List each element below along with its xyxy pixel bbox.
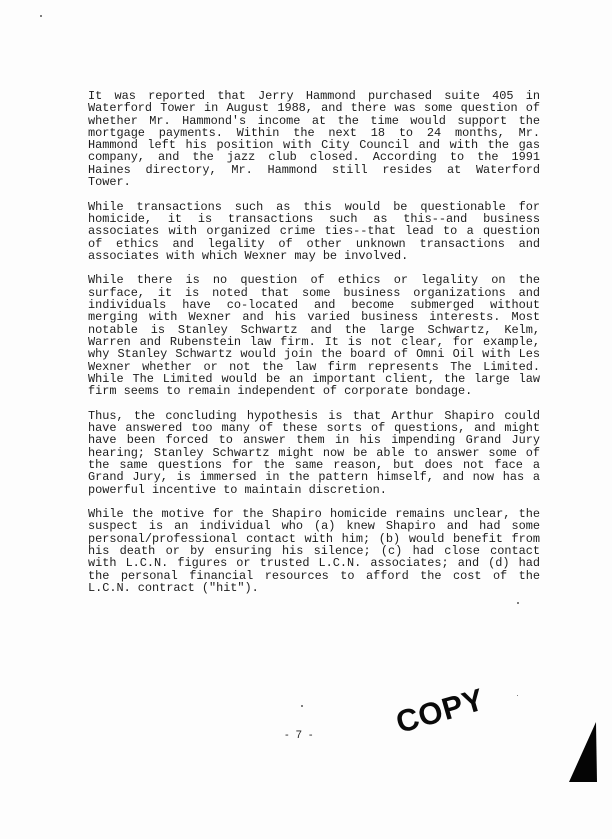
text-line: associates with which Wexner may be invo… [88, 250, 540, 262]
page-number: - 7 - [285, 729, 315, 741]
text-line: Haines directory, Mr. Hammond still resi… [88, 164, 540, 176]
paragraph-1: It was reported that Jerry Hammond purch… [88, 90, 540, 188]
text-line: L.C.N. contract ("hit"). [88, 582, 540, 594]
text-line: have been forced to answer them in his i… [88, 434, 540, 446]
scan-speck [40, 15, 42, 17]
text-line: While there is no question of ethics or … [88, 274, 540, 286]
text-line: powerful incentive to maintain discretio… [88, 484, 540, 496]
scan-speck [301, 705, 303, 707]
text-line: why Stanley Schwartz would join the boar… [88, 348, 540, 360]
text-line: Wexner whether or not the law firm repre… [88, 361, 540, 373]
paragraph-4: Thus, the concluding hypothesis is that … [88, 410, 540, 496]
text-line: with L.C.N. figures or trusted L.C.N. as… [88, 557, 540, 569]
text-line: Grand Jury, is immersed in the pattern h… [88, 471, 540, 483]
paragraph-2: While transactions such as this would be… [88, 201, 540, 262]
text-line: of ethics and legality of other unknown … [88, 238, 540, 250]
paragraph-5: While the motive for the Shapiro homicid… [88, 508, 540, 594]
text-line: suspect is an individual who (a) knew Sh… [88, 520, 540, 532]
document-page: It was reported that Jerry Hammond purch… [0, 0, 612, 839]
paragraph-3: While there is no question of ethics or … [88, 274, 540, 397]
body-text: It was reported that Jerry Hammond purch… [88, 90, 540, 606]
text-line: associates with organized crime ties--th… [88, 225, 540, 237]
text-line: firm seems to remain independent of corp… [88, 385, 540, 397]
scan-speck [517, 602, 519, 604]
text-line: Tower. [88, 176, 540, 188]
text-line: Waterford Tower in August 1988, and ther… [88, 102, 540, 114]
text-line: company, and the jazz club closed. Accor… [88, 151, 540, 163]
corner-triangle-mark [569, 722, 597, 782]
scan-speck [517, 695, 518, 696]
text-line: merging with Wexner and his varied busin… [88, 311, 540, 323]
copy-stamp: COPY [392, 682, 488, 741]
